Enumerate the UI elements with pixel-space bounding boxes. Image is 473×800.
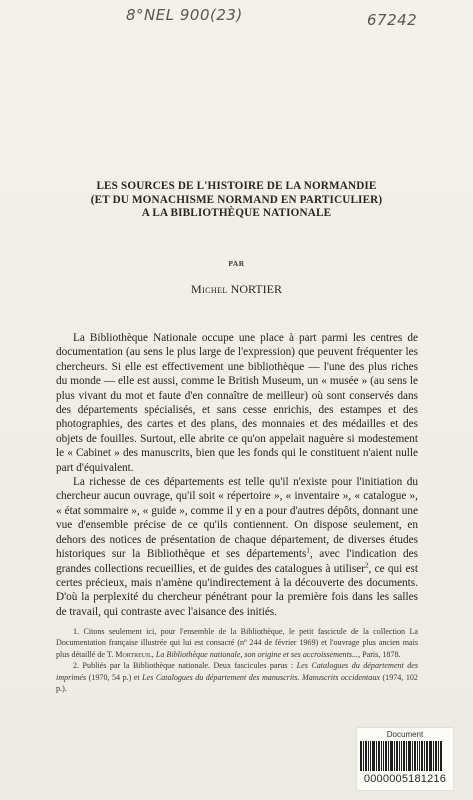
footnote-2-text: 2. Publiés par la Bibliothèque nationale…: [73, 661, 297, 670]
paragraph-2: La richesse de ces départements est tell…: [56, 475, 418, 619]
title-line-2: (ET DU MONACHISME NORMAND EN PARTICULIER…: [0, 194, 473, 208]
barcode-label: Document: [357, 730, 453, 739]
footnote-1-author: Mortreuil: [115, 650, 152, 659]
footnotes: 1. Citons seulement ici, pour l'ensemble…: [56, 626, 418, 694]
author-first-name: Michel: [191, 282, 228, 296]
title-line-1: LES SOURCES DE L'HISTOIRE DE LA NORMANDI…: [0, 180, 473, 194]
footnote-1-work-title: La Bibliothèque nationale, son origine e…: [156, 650, 358, 659]
footnote-2-mid: (1970, 54 p.) et: [86, 673, 142, 682]
scanned-page: 8°NEL 900(23) 67242 LES SOURCES DE L'HIS…: [0, 0, 473, 800]
article-body: La Bibliothèque Nationale occupe une pla…: [56, 331, 418, 619]
title-line-3: A LA BIBLIOTHÈQUE NATIONALE: [0, 207, 473, 221]
footnote-2-work-title-2: Les Catalogues du département des manusc…: [142, 673, 380, 682]
barcode-number: 0000005181216: [357, 773, 453, 785]
footnote-1: 1. Citons seulement ici, pour l'ensemble…: [56, 626, 418, 660]
author-last-name: NORTIER: [231, 282, 282, 296]
barcode-icon: [360, 741, 450, 771]
byline-par: PAR: [0, 259, 473, 268]
handwritten-shelfmark: 8°NEL 900(23): [126, 6, 243, 24]
handwritten-number: 67242: [367, 11, 417, 29]
barcode-sticker: Document 0000005181216: [356, 727, 454, 791]
footnote-2: 2. Publiés par la Bibliothèque nationale…: [56, 660, 418, 694]
footnote-1-end: , Paris, 1878.: [358, 650, 401, 659]
article-title: LES SOURCES DE L'HISTOIRE DE LA NORMANDI…: [0, 180, 473, 221]
paragraph-1: La Bibliothèque Nationale occupe une pla…: [56, 331, 418, 475]
author-name: Michel NORTIER: [0, 282, 473, 297]
